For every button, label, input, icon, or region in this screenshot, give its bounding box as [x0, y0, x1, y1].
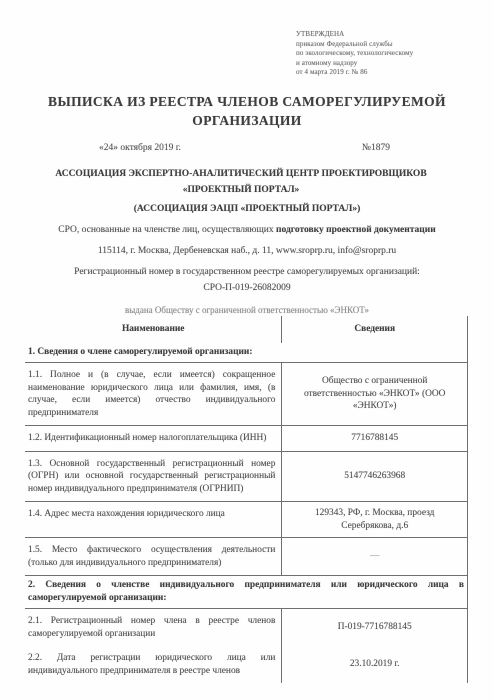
registry-number: СРО-П-019-26082009: [25, 281, 469, 296]
row-value: 23.10.2019 г.: [281, 646, 467, 683]
approval-line: от 4 марта 2019 г. № 86: [296, 68, 413, 78]
approval-stamp-block: УТВЕРЖДЕНА приказом Федеральной службы п…: [296, 30, 413, 78]
sro-type-line: СРО, основанные на членстве лиц, осущест…: [25, 223, 469, 238]
row-value: Общество с ограниченной ответственностью…: [281, 363, 467, 425]
issue-date: «24» октября 2019 г.: [99, 143, 181, 153]
document-number: №1879: [362, 143, 390, 153]
organization-intro: АССОЦИАЦИЯ ЭКСПЕРТНО-АНАЛИТИЧЕСКИЙ ЦЕНТР…: [25, 167, 469, 318]
row-label: 1.2. Идентификационный номер налогоплате…: [25, 426, 281, 451]
approval-line: УТВЕРЖДЕНА: [296, 30, 413, 40]
row-value: —: [281, 538, 467, 575]
approval-line: и атомному надзору: [296, 59, 413, 69]
row-label: 2.2. Дата регистрации юридического лица …: [25, 646, 281, 683]
organization-short-name: (АССОЦИАЦИЯ ЭАЦП «ПРОЕКТНЫЙ ПОРТАЛ»): [25, 202, 469, 217]
sro-type-activity: подготовку проектной документации: [276, 225, 436, 235]
row-label: 1.3. Основной государственный регистраци…: [25, 452, 281, 502]
row-value: 129343, РФ, г. Москва, проезд Серебряков…: [281, 502, 467, 537]
table-row-1-1: 1.1. Полное и (в случае, если имеется) с…: [25, 363, 467, 426]
row-value: 5147746263968: [281, 452, 467, 502]
table-header-row: Наименование Сведения: [25, 316, 467, 343]
approval-line: по экологическому, технологическому: [296, 49, 413, 59]
table-row-2-2: 2.2. Дата регистрации юридического лица …: [25, 646, 467, 683]
row-label: 2.1. Регистрационный номер члена в реест…: [25, 609, 281, 646]
row-label: 1.4. Адрес места нахождения юридического…: [25, 502, 281, 537]
row-value: П-019-7716788145: [281, 609, 467, 646]
table-row-1-3: 1.3. Основной государственный регистраци…: [25, 452, 467, 503]
table-row-1-2: 1.2. Идентификационный номер налогоплате…: [25, 426, 467, 452]
table-row-1-5: 1.5. Место фактического осуществления де…: [25, 538, 467, 576]
section-2-header: 2. Сведения о членстве индивидуального п…: [25, 576, 467, 609]
approval-line: приказом Федеральной службы: [296, 40, 413, 50]
column-header-name: Наименование: [25, 316, 281, 343]
section-1-header: 1. Сведения о члене саморегулируемой орг…: [25, 343, 467, 364]
sro-type-prefix: СРО, основанные на членстве лиц, осущест…: [58, 225, 276, 235]
members-registry-table: Наименование Сведения 1. Сведения о член…: [25, 316, 468, 683]
table-row-1-4: 1.4. Адрес места нахождения юридического…: [25, 502, 467, 538]
table-row-2-1: 2.1. Регистрационный номер члена в реест…: [25, 609, 467, 646]
organization-name: АССОЦИАЦИЯ ЭКСПЕРТНО-АНАЛИТИЧЕСКИЙ ЦЕНТР…: [25, 167, 457, 198]
column-header-value: Сведения: [281, 316, 467, 343]
registry-number-label: Регистрационный номер в государственном …: [25, 265, 469, 280]
organization-address: 115114, г. Москва, Дербеневская наб., д.…: [25, 244, 469, 259]
row-label: 1.1. Полное и (в случае, если имеется) с…: [25, 363, 281, 425]
date-number-row: «24» октября 2019 г. №1879: [99, 143, 390, 153]
document-page: УТВЕРЖДЕНА приказом Федеральной службы п…: [0, 0, 494, 700]
document-title: ВЫПИСКА ИЗ РЕЕСТРА ЧЛЕНОВ САМОРЕГУЛИРУЕМ…: [30, 92, 464, 130]
row-label: 1.5. Место фактического осуществления де…: [25, 538, 281, 575]
row-value: 7716788145: [281, 426, 467, 451]
